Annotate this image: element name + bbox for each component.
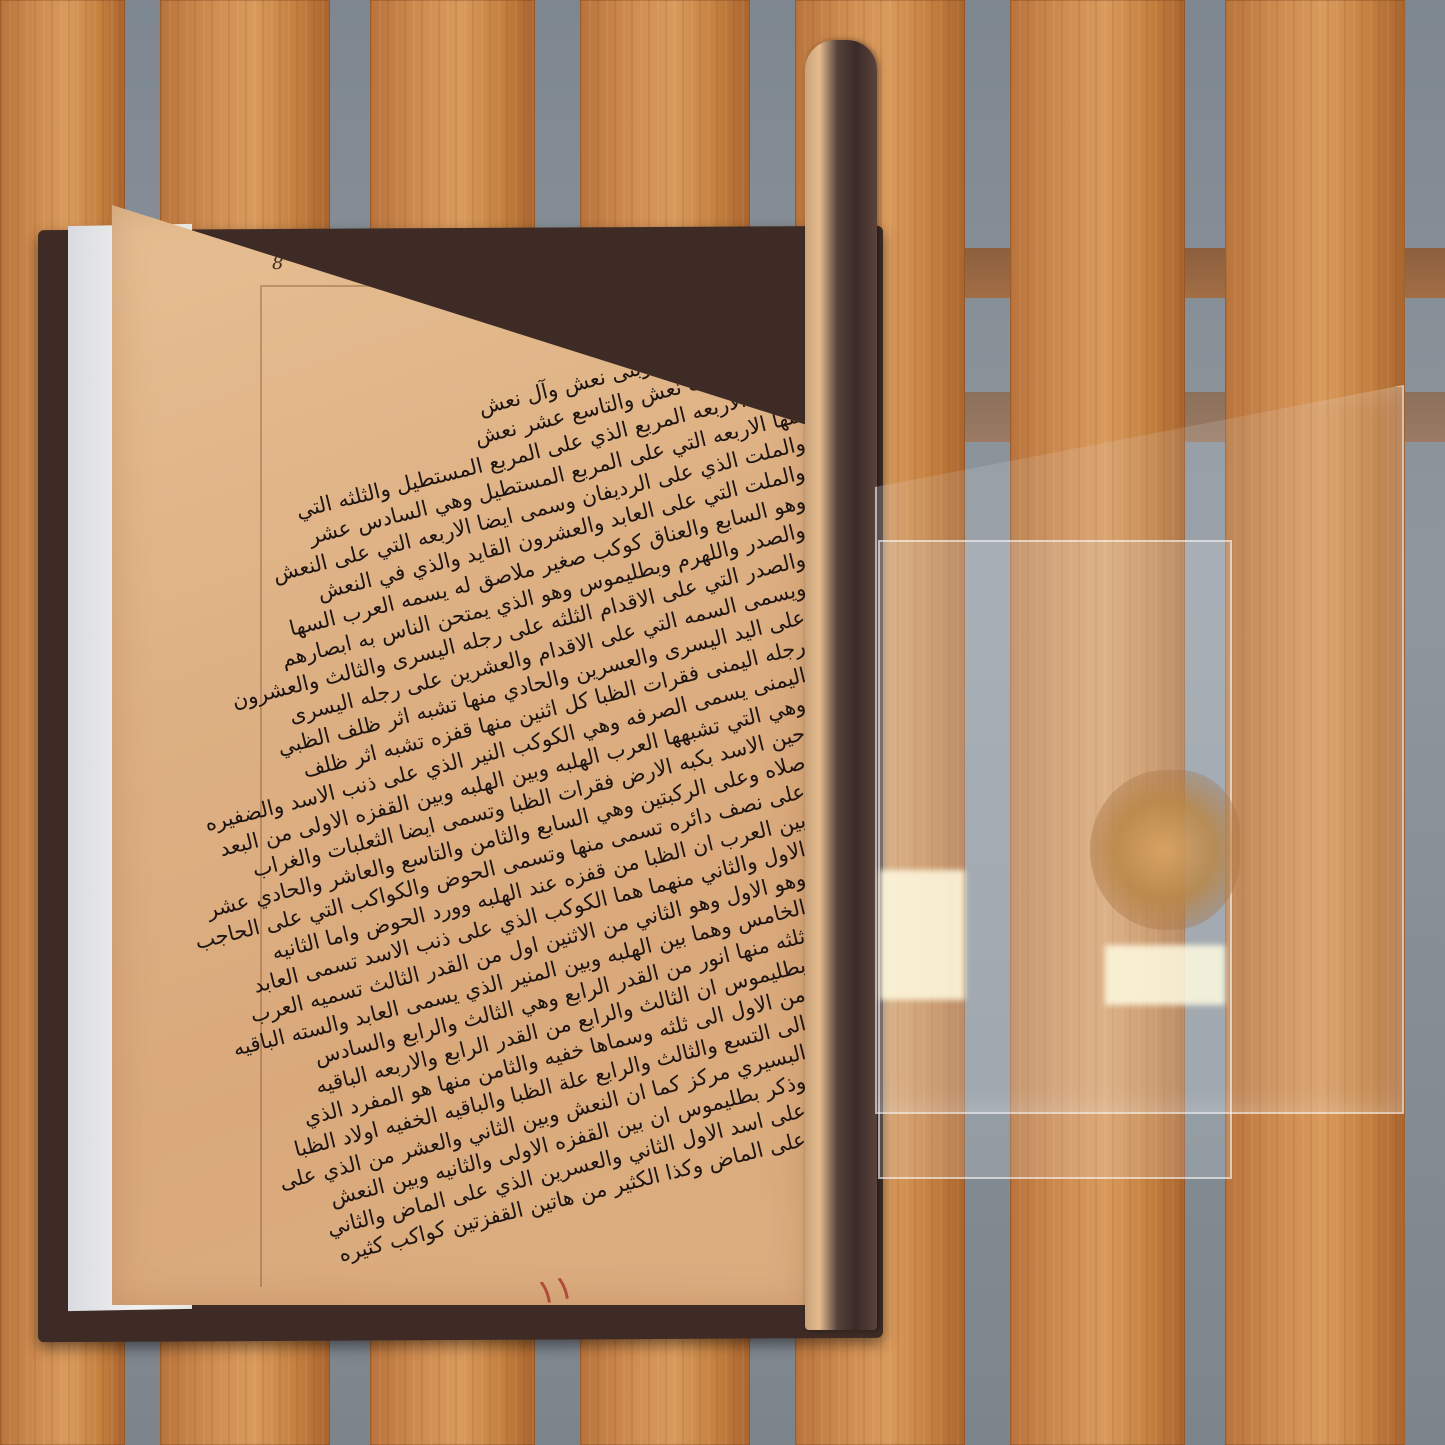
text-line: وهو السابع والعناق كوكب صغير ملاصق له يس… <box>257 489 802 517</box>
text-line: والملت الذي على الرديفان وسمى ايضا الارب… <box>257 431 802 459</box>
text-line: على اسد الاول الثاني والعسرين الذي على ا… <box>257 1098 802 1126</box>
text-line: بين العرب ان الظبا من قفزه عند الهلبه وو… <box>257 808 802 836</box>
text-line: على الماض وكذا الكثير من هاتين القفزتين … <box>257 1127 802 1155</box>
manuscript-text: بنات نعش الكبرى وبنى نعش وآل نعش على دنب… <box>257 315 802 1156</box>
text-line: وهو الاول وهو الثاني من الاثنين اول من ا… <box>257 866 802 894</box>
text-line: وهي التي تشبهها العرب الهلبه وبين الهلبه… <box>257 692 802 720</box>
text-line: والملت التي على العابد والعشرون القايد و… <box>257 460 802 488</box>
text-line: وذكر بطليموس ان بين القفزه الاولى والثان… <box>257 1069 802 1097</box>
text-line: على نصف دائره تسمى منها وتسمى الحوض والك… <box>257 779 802 807</box>
light-glare <box>1105 945 1225 1005</box>
text-line: رجله اليمنى فقرات الظبا كل اثنين منها قف… <box>257 634 802 662</box>
text-line: الخامس وهما بين الهلبه وبين المنير الذي … <box>257 895 802 923</box>
light-glare <box>880 870 965 1000</box>
text-line: والصدر التي على الاقدام الثلثه على رجله … <box>257 547 802 575</box>
text-line: اليمنى يسمى الصرفه وهي الكوكب النير الذي… <box>257 663 802 691</box>
text-line: ثلثه منها انور من القدر الرابع وهي الثال… <box>257 924 802 952</box>
text-line: البسيري مركز كما ان النعش وبين الثاني وا… <box>257 1040 802 1068</box>
text-line: ويسمى السمه التي على الاقدام والعشرين عل… <box>257 576 802 604</box>
text-line: الاول والثاني منهما هما الكوكب الذي على … <box>257 837 802 865</box>
text-line: بطليموس ان الثالث والرابع من القدر الراب… <box>257 953 802 981</box>
text-line: من الاول الى ثلثه وسماها خفيه والثامن من… <box>257 982 802 1010</box>
text-line: حين الاسد بكبه الارض فقرات الظبا وتسمى ا… <box>257 721 802 749</box>
text-line: الى التسع والثالث والرابع علة الظبا والب… <box>257 1011 802 1039</box>
photo-scene: 8 بنات نعش الكبرى وبنى نعش وآل نعش على د… <box>0 0 1445 1445</box>
text-line: منها الاربعه التي على المربع المستطيل وه… <box>257 402 802 430</box>
text-line: صلاه وعلى الركبتين وهي السابع والثامن وا… <box>257 750 802 778</box>
cover-ornament-reflection <box>1090 770 1240 930</box>
text-line: والصدر واللهرم وبطليموس وهو الذي يمتحن ا… <box>257 518 802 546</box>
text-line: على اليد اليسرى والعسرين والحادي منها تش… <box>257 605 802 633</box>
book-spine-raised-pages <box>805 40 877 1330</box>
